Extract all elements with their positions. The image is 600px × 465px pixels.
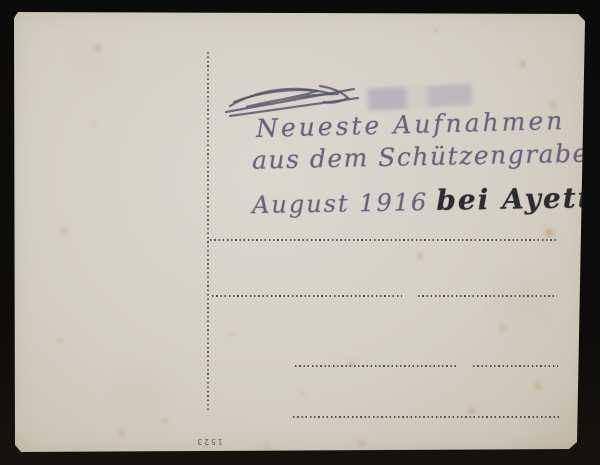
address-dotted-line-2b [418, 295, 557, 297]
handwriting-line-2: aus dem Schützengraben [252, 138, 600, 174]
divider-dotted-line-vertical [207, 52, 209, 413]
handwriting-line-3: August 1916bei Ayette [252, 181, 600, 220]
faint-stamp-mark [367, 83, 472, 110]
handwriting-place: bei Ayette [436, 181, 600, 217]
address-dotted-line-2a [212, 295, 402, 297]
photo-black-background: Neueste Aufnahmen aus dem Schützengraben… [0, 0, 600, 465]
printed-plate-number: 1523 [186, 437, 232, 446]
postcard-back: Neueste Aufnahmen aus dem Schützengraben… [0, 0, 600, 465]
address-dotted-line-3a [295, 365, 457, 367]
handwriting-date: August 1916 [252, 188, 429, 219]
address-dotted-line-3b [473, 365, 558, 367]
address-dotted-line-1 [210, 239, 557, 241]
foxing-spots [0, 0, 4, 4]
address-dotted-line-4 [293, 416, 560, 418]
